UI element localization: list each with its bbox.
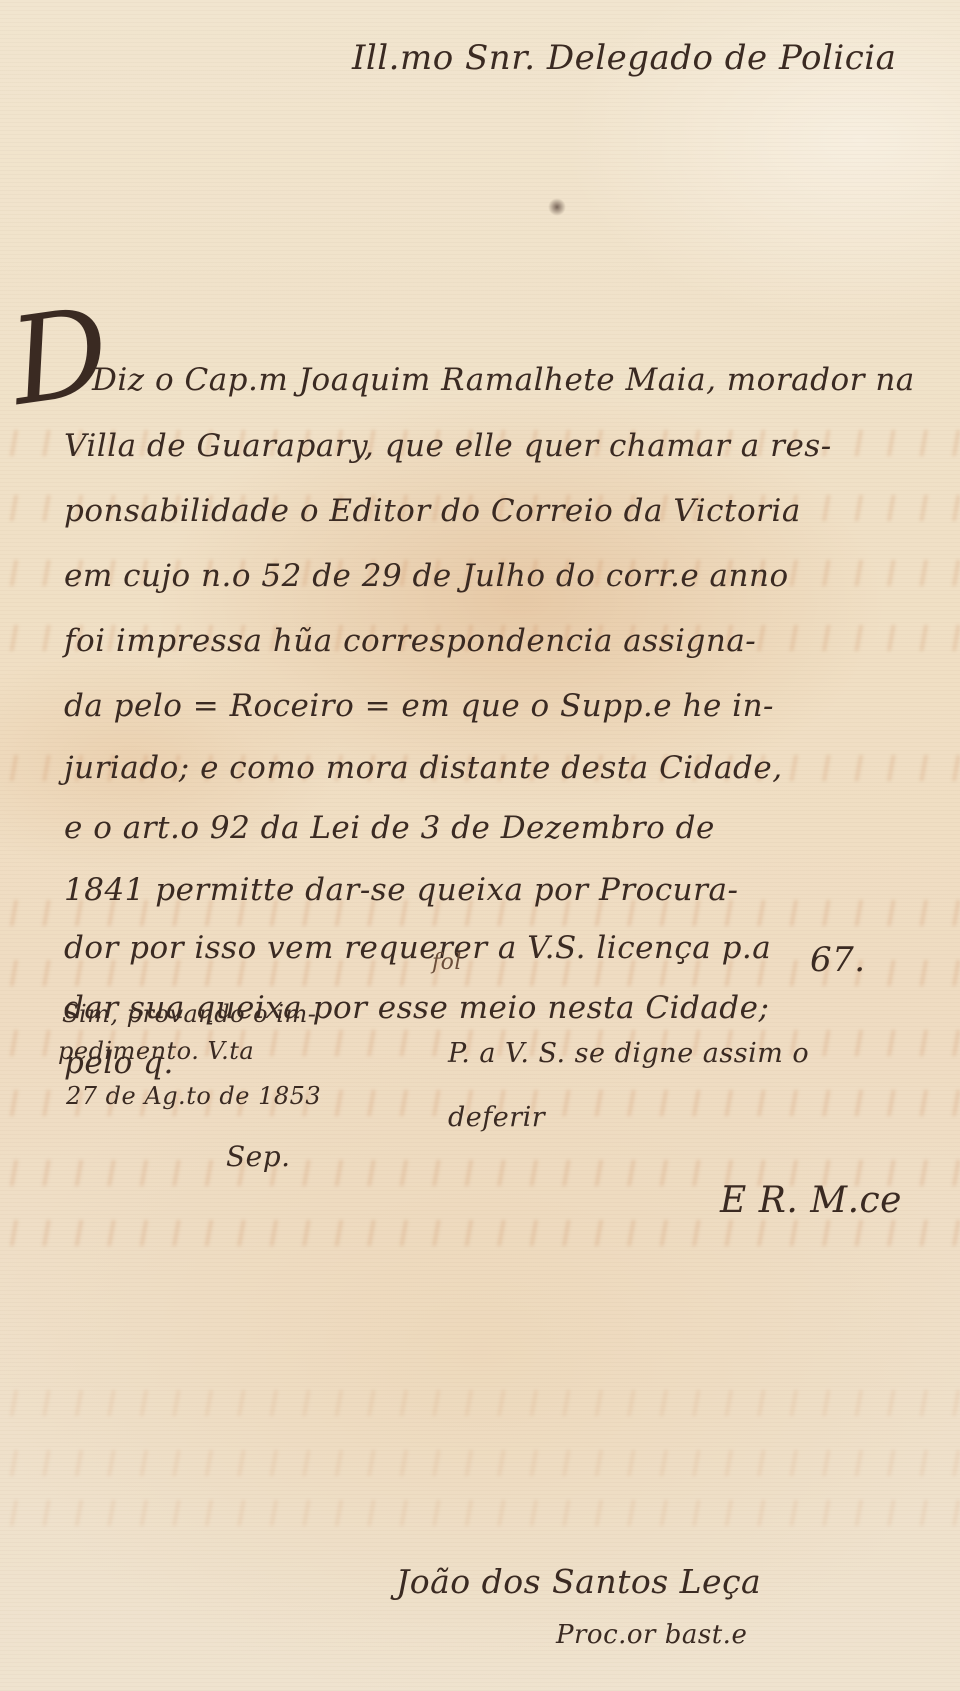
bleed-through (0, 1450, 960, 1476)
bleed-through (0, 1390, 960, 1416)
signature-name: João dos Santos Leça (396, 1562, 761, 1601)
folio-number: 67. (810, 940, 866, 980)
closing-formula: E R. M.ce (720, 1180, 902, 1221)
decorative-initial: D (4, 292, 116, 424)
petition-line: em cujo n.o 52 de 29 de Julho do corr.e … (64, 558, 789, 594)
decision-line: Sim, provando o im- (62, 1000, 316, 1028)
petition-line: e o art.o 92 da Lei de 3 de Dezembro de (64, 810, 715, 846)
decision-signature: Sep. (226, 1140, 291, 1173)
petition-line: juriado; e como mora distante desta Cida… (64, 750, 783, 786)
signature-title: Proc.or bast.e (556, 1620, 747, 1650)
decision-date: 27 de Ag.to de 1853 (66, 1082, 321, 1110)
petition-line: dor por isso vem requerer a V.S. licença… (64, 930, 771, 966)
petition-line: 1841 permitte dar-se queixa por Procura- (64, 872, 738, 908)
petition-line: foi impressa hũa correspondencia assigna… (64, 623, 756, 659)
bleed-through (0, 1500, 960, 1526)
manuscript-page: Ill.mo Snr. Delegado de Policia D Diz o … (0, 0, 960, 1691)
bleed-through (0, 1220, 960, 1246)
petition-line: ponsabilidade o Editor do Correio da Vic… (64, 493, 801, 529)
petition-line: da pelo = Roceiro = em que o Supp.e he i… (64, 688, 774, 724)
addressee-heading: Ill.mo Snr. Delegado de Policia (352, 38, 896, 78)
petition-line: Diz o Cap.m Joaquim Ramalhete Maia, mora… (92, 362, 915, 398)
stray-mark: fol (432, 950, 462, 975)
ink-spot (548, 198, 566, 216)
decision-line: pedimento. V.ta (58, 1037, 254, 1065)
request-line: P. a V. S. se digne assim o (448, 1038, 809, 1069)
request-line: deferir (448, 1102, 545, 1133)
petition-line: Villa de Guarapary, que elle quer chamar… (64, 428, 832, 464)
